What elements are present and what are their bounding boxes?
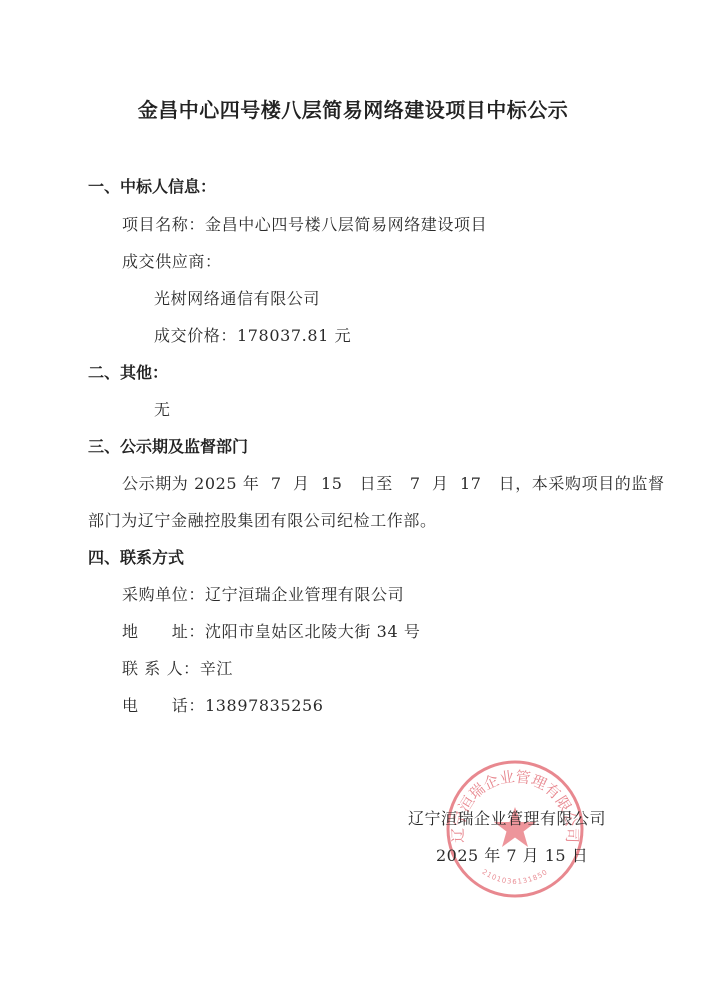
section-heading-other: 二、其他： <box>88 360 168 383</box>
phone-line: 电 话：13897835256 <box>122 693 324 716</box>
section-heading-publicity: 三、公示期及监督部门 <box>88 434 248 457</box>
svg-text:2101036131850: 2101036131850 <box>481 868 550 886</box>
signature-company: 辽宁洹瑞企业管理有限公司 <box>408 806 606 829</box>
project-name-line: 项目名称：金昌中心四号楼八层简易网络建设项目 <box>122 212 487 235</box>
company-seal-icon: 辽宁洹瑞企业管理有限公司 2101036131850 <box>445 759 585 899</box>
publicity-period-line: 公示期为 2025 年 7 月 15 日至 7 月 17 日，本采购项目的监督 <box>122 471 665 494</box>
seal-code: 2101036131850 <box>481 868 550 886</box>
other-content: 无 <box>154 397 171 420</box>
address-line: 地 址：沈阳市皇姑区北陵大街 34 号 <box>122 619 421 642</box>
section-heading-contact: 四、联系方式 <box>88 545 184 568</box>
section-heading-winner-info: 一、中标人信息： <box>88 174 216 197</box>
supplier-label: 成交供应商： <box>122 249 222 272</box>
supplier-name: 光树网络通信有限公司 <box>154 286 320 309</box>
document-title: 金昌中心四号楼八层简易网络建设项目中标公示 <box>0 94 706 123</box>
deal-price: 成交价格：178037.81 元 <box>154 323 351 346</box>
signature-date: 2025 年 7 月 15 日 <box>436 843 588 866</box>
supervisor-line: 部门为辽宁金融控股集团有限公司纪检工作部。 <box>88 508 437 531</box>
purchaser-line: 采购单位：辽宁洹瑞企业管理有限公司 <box>122 582 404 605</box>
contact-person-line: 联 系 人：辛江 <box>122 656 233 679</box>
